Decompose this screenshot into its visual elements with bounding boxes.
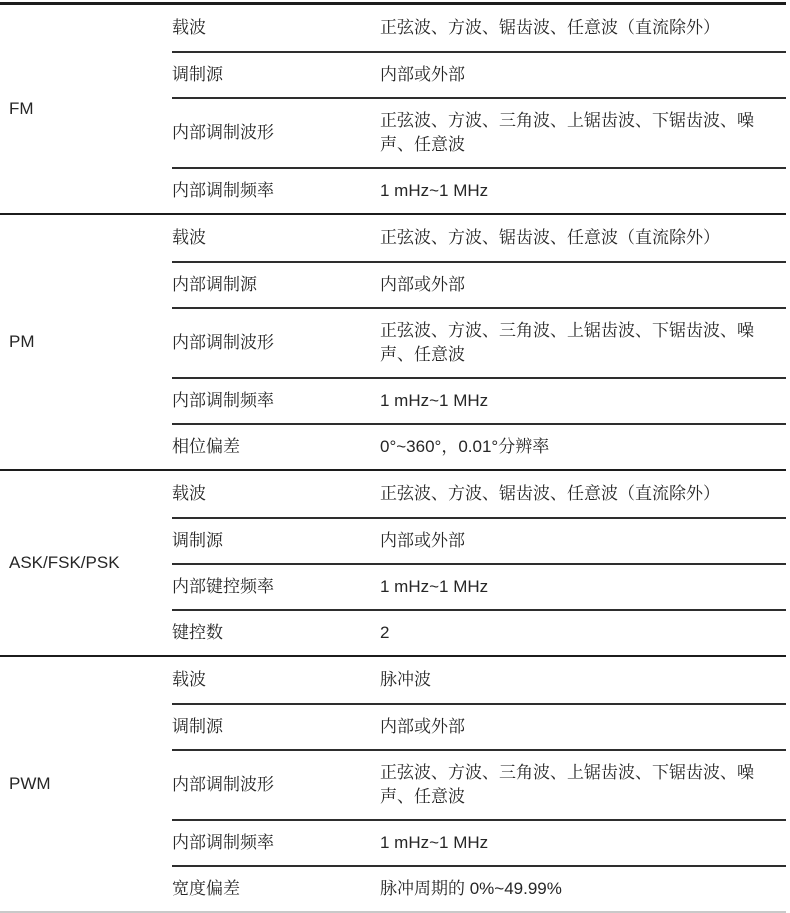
value-cell: 脉冲周期的 0%~49.99%: [380, 867, 786, 911]
value-cell: 正弦波、方波、锯齿波、任意波（直流除外）: [380, 6, 786, 50]
table-row: 载波 正弦波、方波、锯齿波、任意波（直流除外）: [172, 5, 786, 51]
modulation-spec-table: FM 载波 正弦波、方波、锯齿波、任意波（直流除外） 调制源 内部或外部 内部调…: [0, 2, 786, 913]
param-cell: 载波: [172, 6, 380, 50]
param-cell: 内部调制波形: [172, 321, 380, 365]
section-label-pwm: PWM: [0, 657, 172, 911]
table-row: 调制源 内部或外部: [172, 51, 786, 97]
section-ask-fsk-psk: ASK/FSK/PSK 载波 正弦波、方波、锯齿波、任意波（直流除外） 调制源 …: [0, 469, 786, 655]
table-row: 调制源 内部或外部: [172, 517, 786, 563]
table-row: 内部调制波形 正弦波、方波、三角波、上锯齿波、下锯齿波、噪声、任意波: [172, 307, 786, 377]
section-pm: PM 载波 正弦波、方波、锯齿波、任意波（直流除外） 内部调制源 内部或外部 内…: [0, 213, 786, 469]
table-row: 内部键控频率 1 mHz~1 MHz: [172, 563, 786, 609]
value-cell: 内部或外部: [380, 705, 786, 749]
value-cell: 正弦波、方波、三角波、上锯齿波、下锯齿波、噪声、任意波: [380, 99, 786, 167]
table-row: 宽度偏差 脉冲周期的 0%~49.99%: [172, 865, 786, 911]
value-cell: 正弦波、方波、三角波、上锯齿波、下锯齿波、噪声、任意波: [380, 751, 786, 819]
value-cell: 1 mHz~1 MHz: [380, 821, 786, 865]
table-row: 内部调制频率 1 mHz~1 MHz: [172, 377, 786, 423]
section-pwm: PWM 载波 脉冲波 调制源 内部或外部 内部调制波形 正弦波、方波、三角波、上…: [0, 655, 786, 911]
param-cell: 相位偏差: [172, 425, 380, 469]
section-rows: 载波 正弦波、方波、锯齿波、任意波（直流除外） 调制源 内部或外部 内部调制波形…: [172, 5, 786, 213]
value-cell: 1 mHz~1 MHz: [380, 169, 786, 213]
value-cell: 2: [380, 611, 786, 655]
param-cell: 内部调制源: [172, 263, 380, 307]
value-cell: 内部或外部: [380, 53, 786, 97]
value-cell: 正弦波、方波、锯齿波、任意波（直流除外）: [380, 216, 786, 260]
param-cell: 内部调制频率: [172, 379, 380, 423]
value-cell: 正弦波、方波、锯齿波、任意波（直流除外）: [380, 472, 786, 516]
table-row: 相位偏差 0°~360°，0.01°分辨率: [172, 423, 786, 469]
param-cell: 内部调制频率: [172, 821, 380, 865]
param-cell: 调制源: [172, 53, 380, 97]
value-cell: 脉冲波: [380, 658, 786, 702]
table-row: 键控数 2: [172, 609, 786, 655]
section-rows: 载波 脉冲波 调制源 内部或外部 内部调制波形 正弦波、方波、三角波、上锯齿波、…: [172, 657, 786, 911]
value-cell: 1 mHz~1 MHz: [380, 565, 786, 609]
value-cell: 1 mHz~1 MHz: [380, 379, 786, 423]
table-row: 载波 正弦波、方波、锯齿波、任意波（直流除外）: [172, 471, 786, 517]
value-cell: 0°~360°，0.01°分辨率: [380, 425, 786, 469]
param-cell: 载波: [172, 658, 380, 702]
param-cell: 内部调制波形: [172, 111, 380, 155]
section-rows: 载波 正弦波、方波、锯齿波、任意波（直流除外） 调制源 内部或外部 内部键控频率…: [172, 471, 786, 655]
table-row: 载波 脉冲波: [172, 657, 786, 703]
param-cell: 内部调制频率: [172, 169, 380, 213]
table-row: 调制源 内部或外部: [172, 703, 786, 749]
table-row: 载波 正弦波、方波、锯齿波、任意波（直流除外）: [172, 215, 786, 261]
section-label-pm: PM: [0, 215, 172, 469]
value-cell: 正弦波、方波、三角波、上锯齿波、下锯齿波、噪声、任意波: [380, 309, 786, 377]
param-cell: 载波: [172, 216, 380, 260]
section-fm: FM 载波 正弦波、方波、锯齿波、任意波（直流除外） 调制源 内部或外部 内部调…: [0, 5, 786, 213]
section-label-ask-fsk-psk: ASK/FSK/PSK: [0, 471, 172, 655]
section-rows: 载波 正弦波、方波、锯齿波、任意波（直流除外） 内部调制源 内部或外部 内部调制…: [172, 215, 786, 469]
value-cell: 内部或外部: [380, 519, 786, 563]
table-row: 内部调制波形 正弦波、方波、三角波、上锯齿波、下锯齿波、噪声、任意波: [172, 749, 786, 819]
table-row: 内部调制频率 1 mHz~1 MHz: [172, 819, 786, 865]
param-cell: 宽度偏差: [172, 867, 380, 911]
section-label-fm: FM: [0, 5, 172, 213]
param-cell: 调制源: [172, 519, 380, 563]
param-cell: 键控数: [172, 611, 380, 655]
param-cell: 调制源: [172, 705, 380, 749]
param-cell: 内部键控频率: [172, 565, 380, 609]
value-cell: 内部或外部: [380, 263, 786, 307]
table-row: 内部调制波形 正弦波、方波、三角波、上锯齿波、下锯齿波、噪声、任意波: [172, 97, 786, 167]
table-row: 内部调制源 内部或外部: [172, 261, 786, 307]
param-cell: 内部调制波形: [172, 763, 380, 807]
param-cell: 载波: [172, 472, 380, 516]
table-row: 内部调制频率 1 mHz~1 MHz: [172, 167, 786, 213]
